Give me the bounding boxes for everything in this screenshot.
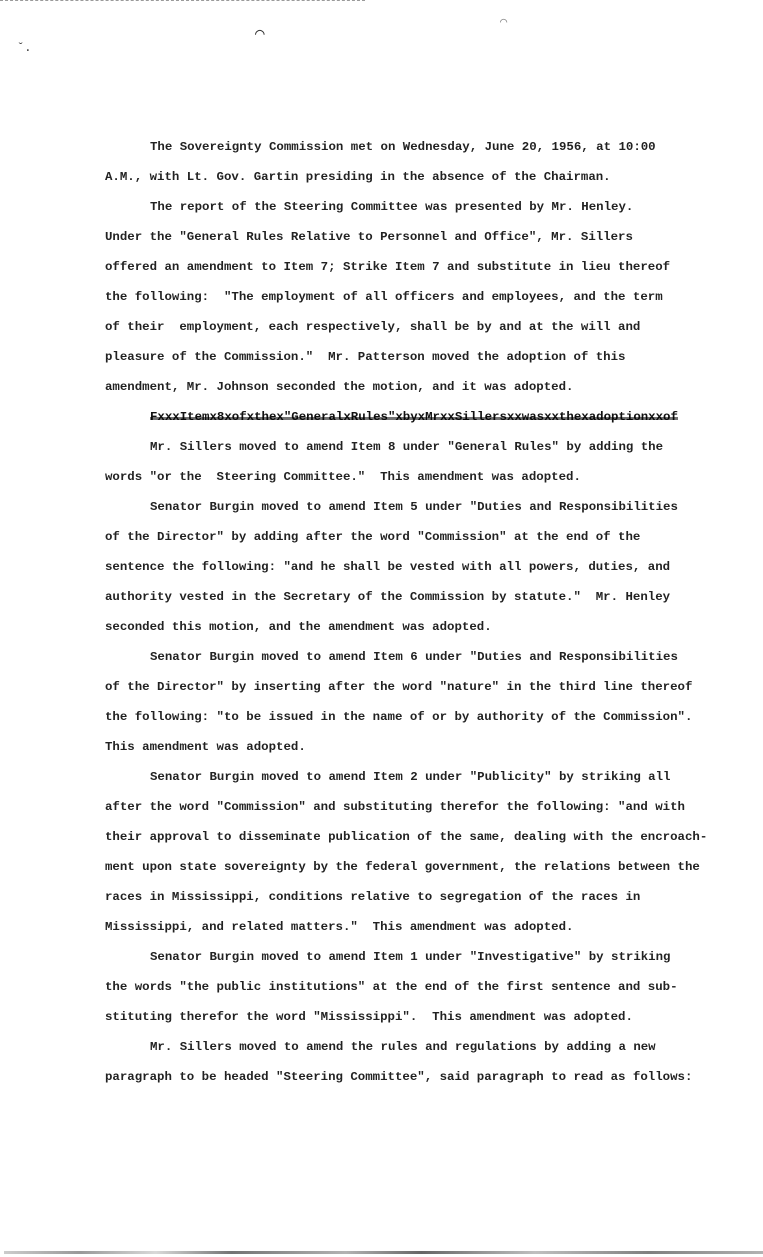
- text-line: ment upon state sovereignty by the feder…: [105, 852, 715, 882]
- text-line: This amendment was adopted.: [105, 732, 715, 762]
- text-line: of the Director" by adding after the wor…: [105, 522, 715, 552]
- text-line: the following: "The employment of all of…: [105, 282, 715, 312]
- text-line: A.M., with Lt. Gov. Gartin presiding in …: [105, 162, 715, 192]
- text-line: sentence the following: "and he shall be…: [105, 552, 715, 582]
- text-line: their approval to disseminate publicatio…: [105, 822, 715, 852]
- text-line: Mississippi, and related matters." This …: [105, 912, 715, 942]
- page-top-edge: [0, 0, 365, 1]
- text-line: stituting therefor the word "Mississippi…: [105, 1002, 715, 1032]
- text-line: the words "the public institutions" at t…: [105, 972, 715, 1002]
- struck-text: FxxxItemx8xofxthex"GeneralxRules"xbyxMrx…: [150, 410, 678, 424]
- scan-artifact: ˇ.: [17, 42, 31, 54]
- text-line: The Sovereignty Commission met on Wednes…: [105, 132, 715, 162]
- text-line: words "or the Steering Committee." This …: [105, 462, 715, 492]
- text-line: after the word "Commission" and substitu…: [105, 792, 715, 822]
- struck-out-line: FxxxItemx8xofxthex"GeneralxRules"xbyxMrx…: [105, 402, 715, 432]
- text-line: authority vested in the Secretary of the…: [105, 582, 715, 612]
- text-line: seconded this motion, and the amendment …: [105, 612, 715, 642]
- text-line: Senator Burgin moved to amend Item 2 und…: [105, 762, 715, 792]
- text-line: offered an amendment to Item 7; Strike I…: [105, 252, 715, 282]
- text-line: Mr. Sillers moved to amend Item 8 under …: [105, 432, 715, 462]
- text-line: Under the "General Rules Relative to Per…: [105, 222, 715, 252]
- text-line: the following: "to be issued in the name…: [105, 702, 715, 732]
- text-line: The report of the Steering Committee was…: [105, 192, 715, 222]
- text-line: of their employment, each respectively, …: [105, 312, 715, 342]
- text-line: of the Director" by inserting after the …: [105, 672, 715, 702]
- text-line: Senator Burgin moved to amend Item 5 und…: [105, 492, 715, 522]
- text-line: Senator Burgin moved to amend Item 6 und…: [105, 642, 715, 672]
- typed-minutes: The Sovereignty Commission met on Wednes…: [105, 132, 715, 1092]
- page-bottom-edge: [4, 1251, 763, 1254]
- text-line: paragraph to be headed "Steering Committ…: [105, 1062, 715, 1092]
- scan-artifact: ⌒: [255, 26, 265, 42]
- scan-artifact: ⌒: [500, 16, 507, 28]
- text-line: races in Mississippi, conditions relativ…: [105, 882, 715, 912]
- text-line: pleasure of the Commission." Mr. Patters…: [105, 342, 715, 372]
- text-line: Senator Burgin moved to amend Item 1 und…: [105, 942, 715, 972]
- text-line: Mr. Sillers moved to amend the rules and…: [105, 1032, 715, 1062]
- text-line: amendment, Mr. Johnson seconded the moti…: [105, 372, 715, 402]
